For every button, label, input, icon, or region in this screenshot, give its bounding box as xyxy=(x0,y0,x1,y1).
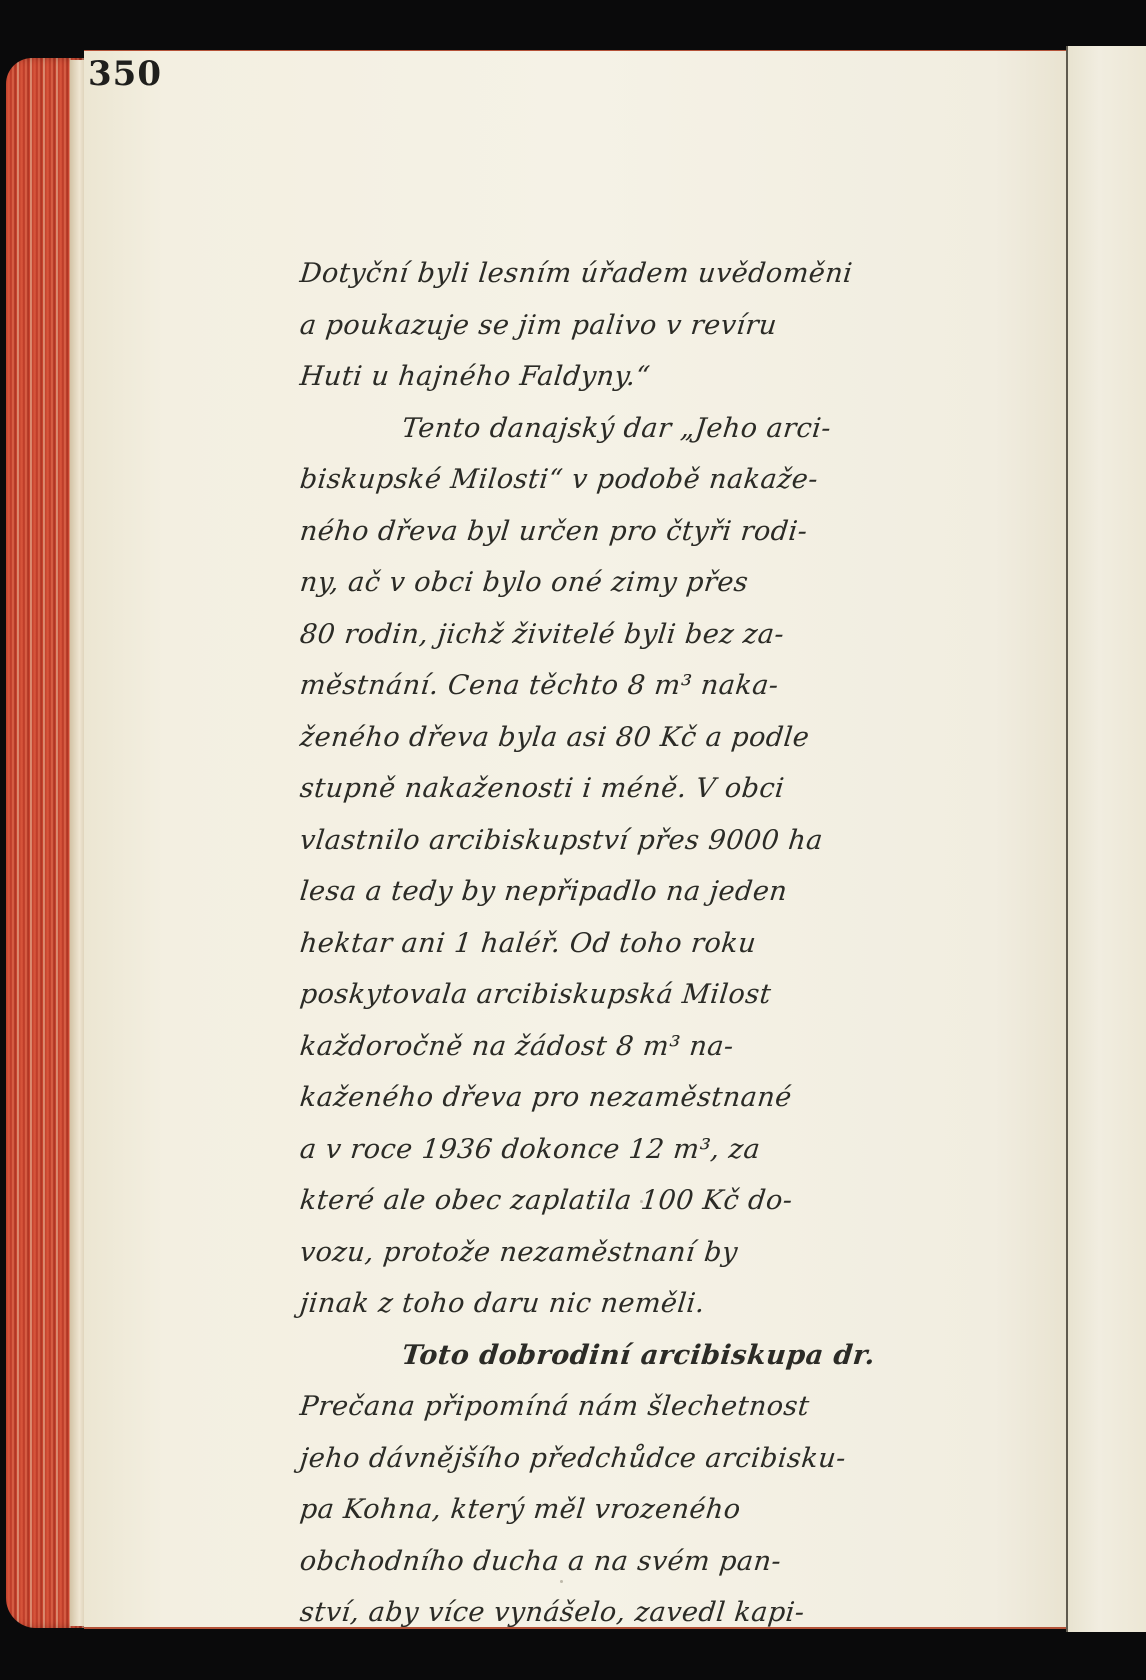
text-line: pa Kohna, který měl vrozeného xyxy=(297,1484,982,1536)
paper-speck xyxy=(640,1200,643,1203)
text-line: a v roce 1936 dokonce 12 m³, za xyxy=(297,1124,982,1176)
text-line: ství, aby více vynášelo, zavedl kapi- xyxy=(297,1587,982,1639)
text-line: ného dřeva byl určen pro čtyři rodi- xyxy=(297,506,982,558)
text-line: kaženého dřeva pro nezaměstnané xyxy=(297,1072,982,1124)
text-line: stupně nakaženosti i méně. V obci xyxy=(297,763,982,815)
text-line: každoročně na žádost 8 m³ na- xyxy=(297,1021,982,1073)
text-line: Huti u hajného Faldyny.“ xyxy=(297,351,982,403)
text-line: 80 rodin, jichž živitelé byli bez za- xyxy=(297,609,982,661)
paragraph-start-line: Tento danajský dar „Jeho arci- xyxy=(297,403,982,455)
text-line: Dotyční byli lesním úřadem uvědoměni xyxy=(297,248,982,300)
text-line: ny, ač v obci bylo oné zimy přes xyxy=(297,557,982,609)
paper-speck xyxy=(560,1580,563,1583)
text-line: ženého dřeva byla asi 80 Kč a podle xyxy=(297,712,982,764)
text-line: vozu, protože nezaměstnaní by xyxy=(297,1227,982,1279)
text-line: městnání. Cena těchto 8 m³ naka- xyxy=(297,660,982,712)
paragraph-start-line: Toto dobrodiní arcibiskupa dr. xyxy=(297,1330,982,1382)
text-line: biskupské Milosti“ v podobě nakaže- xyxy=(297,454,982,506)
scanned-book-spread: 350 Dotyční byli lesním úřadem uvědoměni… xyxy=(0,0,1146,1680)
page-fold-line xyxy=(1066,46,1068,1632)
text-line: obchodního ducha a na svém pan- xyxy=(297,1536,982,1588)
page-number: 350 xyxy=(88,54,162,94)
handwritten-text-block: Dotyční byli lesním úřadem uvědoměni a p… xyxy=(300,248,980,1639)
text-line: poskytovala arcibiskupská Milost xyxy=(297,969,982,1021)
text-line: jeho dávnějšího předchůdce arcibisku- xyxy=(297,1433,982,1485)
text-line: a poukazuje se jim palivo v revíru xyxy=(297,300,982,352)
text-line: vlastnilo arcibiskupství přes 9000 ha xyxy=(297,815,982,867)
text-line: lesa a tedy by nepřipadlo na jeden xyxy=(297,866,982,918)
adjacent-page-strip xyxy=(1068,46,1146,1632)
text-line: Prečana připomíná nám šlechetnost xyxy=(297,1381,982,1433)
paper-speck xyxy=(420,320,423,323)
text-line: jinak z toho daru nic neměli. xyxy=(297,1278,982,1330)
text-line: hektar ani 1 haléř. Od toho roku xyxy=(297,918,982,970)
